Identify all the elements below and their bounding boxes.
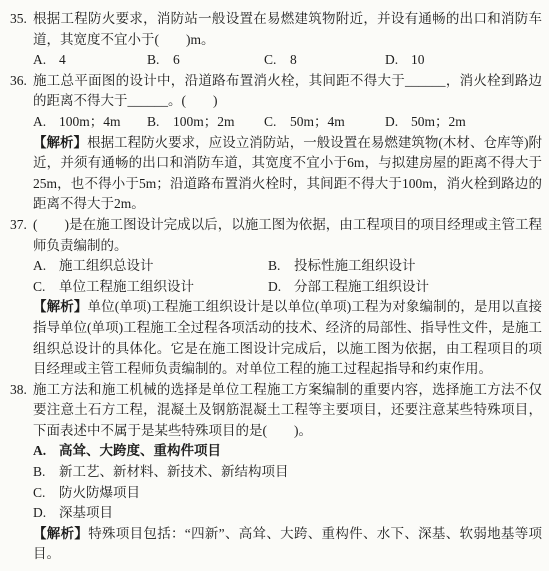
question-body: 施工总平面图的设计中，沿道路布置消火栓，其间距不得大于______，消火栓到路边… [33, 71, 542, 215]
option-text: 深基项目 [59, 505, 113, 520]
question-number: 36. [10, 71, 33, 92]
question-number: 35. [10, 9, 33, 30]
question-body: 施工方法和施工机械的选择是单位工程施工方案编制的重要内容，选择施工方法不仅要注意… [33, 380, 542, 565]
option-label: B. [147, 112, 163, 133]
option-label: C. [33, 483, 49, 504]
option-text: 高耸、大跨度、重构件项目 [59, 443, 221, 458]
option-text: 100m；4m [59, 114, 121, 129]
option-d: D.深基项目 [33, 503, 542, 524]
options-list: A.高耸、大跨度、重构件项目 B.新工艺、新材料、新技术、新结构项目 C.防火防… [33, 441, 542, 523]
question-body: ( )是在施工图设计完成以后，以施工图为依据，由工程项目的项目经理或主管工程师负… [33, 215, 542, 380]
option-label: D. [268, 277, 284, 298]
question-text: ( )是在施工图设计完成以后，以施工图为依据，由工程项目的项目经理或主管工程师负… [33, 215, 542, 256]
options-row: C.单位工程施工组织设计 D.分部工程施工组织设计 [33, 277, 542, 298]
option-b: B.投标性施工组织设计 [268, 256, 542, 277]
question-number: 38. [10, 380, 33, 401]
option-a: A.施工组织总设计 [33, 256, 268, 277]
options-row: A.施工组织总设计 B.投标性施工组织设计 [33, 256, 542, 277]
option-text: 防火防爆项目 [59, 485, 140, 500]
option-a: A.高耸、大跨度、重构件项目 [33, 441, 542, 462]
analysis-label: 【解析】 [33, 135, 87, 150]
option-label: B. [33, 462, 49, 483]
question-38: 38. 施工方法和施工机械的选择是单位工程施工方案编制的重要内容，选择施工方法不… [10, 380, 542, 565]
option-text: 10 [411, 52, 425, 67]
option-c: C.8 [264, 50, 385, 71]
exam-page: 35. 根据工程防火要求，消防站一般设置在易燃建筑物附近，并设有通畅的出口和消防… [0, 0, 549, 571]
option-label: C. [33, 277, 49, 298]
option-text: 新工艺、新材料、新技术、新结构项目 [59, 464, 289, 479]
option-text: 分部工程施工组织设计 [294, 279, 429, 294]
option-label: C. [264, 50, 280, 71]
option-text: 投标性施工组织设计 [294, 258, 416, 273]
question-36: 36. 施工总平面图的设计中，沿道路布置消火栓，其间距不得大于______，消火… [10, 71, 542, 215]
analysis-label: 【解析】 [33, 526, 88, 541]
options-row: A.100m；4m B.100m；2m C.50m；4m D.50m；2m [33, 112, 542, 133]
question-35: 35. 根据工程防火要求，消防站一般设置在易燃建筑物附近，并设有通畅的出口和消防… [10, 9, 542, 71]
question-number: 37. [10, 215, 33, 236]
option-label: A. [33, 441, 49, 462]
analysis-paragraph: 【解析】特殊项目包括：“四新”、高耸、大跨、重构件、水下、深基、软弱地基等项目。 [33, 524, 542, 565]
question-37: 37. ( )是在施工图设计完成以后，以施工图为依据，由工程项目的项目经理或主管… [10, 215, 542, 380]
analysis-paragraph: 【解析】单位(单项)工程施工组织设计是以单位(单项)工程为对象编制的，是用以直接… [33, 297, 542, 379]
question-text: 施工方法和施工机械的选择是单位工程施工方案编制的重要内容，选择施工方法不仅要注意… [33, 380, 542, 442]
option-text: 8 [290, 52, 297, 67]
option-b: B.新工艺、新材料、新技术、新结构项目 [33, 462, 542, 483]
option-label: D. [385, 112, 401, 133]
option-label: A. [33, 50, 49, 71]
option-c: C.防火防爆项目 [33, 483, 542, 504]
option-c: C.50m；4m [264, 112, 385, 133]
option-label: A. [33, 112, 49, 133]
option-d: D.分部工程施工组织设计 [268, 277, 542, 298]
option-d: D.10 [385, 50, 542, 71]
option-a: A.100m；4m [33, 112, 147, 133]
option-label: D. [385, 50, 401, 71]
option-text: 施工组织总设计 [59, 258, 154, 273]
option-label: B. [147, 50, 163, 71]
option-text: 50m；2m [411, 114, 466, 129]
option-text: 单位工程施工组织设计 [59, 279, 194, 294]
question-body: 根据工程防火要求，消防站一般设置在易燃建筑物附近，并设有通畅的出口和消防车道，其… [33, 9, 542, 71]
option-label: B. [268, 256, 284, 277]
analysis-text: 单位(单项)工程施工组织设计是以单位(单项)工程为对象编制的，是用以直接指导单位… [33, 299, 542, 376]
analysis-text: 根据工程防火要求，应设立消防站，一般设置在易燃建筑物(木材、仓库等)附近，并须有… [33, 135, 542, 212]
analysis-text: 特殊项目包括：“四新”、高耸、大跨、重构件、水下、深基、软弱地基等项目。 [33, 526, 542, 562]
option-a: A.4 [33, 50, 147, 71]
question-text: 根据工程防火要求，消防站一般设置在易燃建筑物附近，并设有通畅的出口和消防车道，其… [33, 9, 542, 50]
analysis-label: 【解析】 [33, 299, 88, 314]
option-d: D.50m；2m [385, 112, 542, 133]
question-text: 施工总平面图的设计中，沿道路布置消火栓，其间距不得大于______，消火栓到路边… [33, 71, 542, 112]
option-b: B.100m；2m [147, 112, 264, 133]
analysis-paragraph: 【解析】根据工程防火要求，应设立消防站，一般设置在易燃建筑物(木材、仓库等)附近… [33, 133, 542, 215]
option-label: A. [33, 256, 49, 277]
option-label: D. [33, 503, 49, 524]
option-text: 50m；4m [290, 114, 345, 129]
option-text: 6 [173, 52, 180, 67]
option-b: B.6 [147, 50, 264, 71]
option-label: C. [264, 112, 280, 133]
option-text: 100m；2m [173, 114, 235, 129]
options-row: A.4 B.6 C.8 D.10 [33, 50, 542, 71]
option-text: 4 [59, 52, 66, 67]
option-c: C.单位工程施工组织设计 [33, 277, 268, 298]
